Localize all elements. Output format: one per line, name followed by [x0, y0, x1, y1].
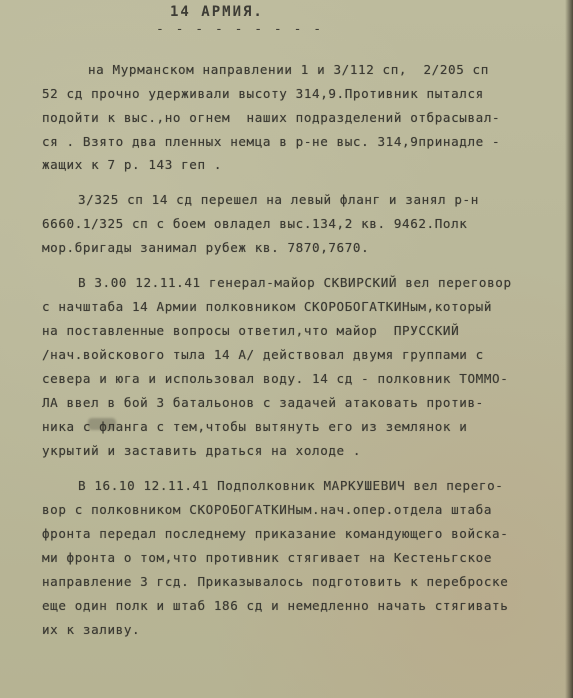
- text-line: жащих к 7 р. 143 геп .: [42, 157, 222, 172]
- title-underline: - - - - - - - - -: [156, 22, 323, 37]
- document-page: 14 АРМИЯ. - - - - - - - - - на Мурманско…: [0, 0, 573, 698]
- ink-blot: [88, 418, 116, 430]
- text-line: ми фронта о том,что противник стягивает …: [42, 550, 492, 565]
- text-line: /нач.войскового тыла 14 А/ действовал дв…: [42, 347, 484, 362]
- text-line: фронта передал последнему приказание ком…: [42, 526, 508, 541]
- text-line: с начштаба 14 Армии полковником СКОРОБОГ…: [42, 299, 492, 314]
- text-line: направление 3 гсд. Приказывалось подгото…: [42, 574, 508, 589]
- document-title: 14 АРМИЯ.: [170, 4, 264, 20]
- text-line: укрытий и заставить драться на холоде .: [42, 443, 361, 458]
- text-line: их к заливу.: [42, 622, 140, 637]
- text-line: ся . Взято два пленных немца в р-не выс.…: [42, 134, 500, 149]
- text-line: В 16.10 12.11.41 Подполковник МАРКУШЕВИЧ…: [78, 478, 503, 493]
- text-line: подойти к выс.,но огнем наших подразделе…: [42, 110, 500, 125]
- text-line: В 3.00 12.11.41 генерал-майор СКВИРСКИЙ …: [78, 275, 512, 290]
- text-line: еще один полк и штаб 186 сд и немедленно…: [42, 598, 508, 613]
- text-line: 3/325 сп 14 сд перешел на левый фланг и …: [78, 192, 479, 207]
- text-line: на поставленные вопросы ответил,что майо…: [42, 323, 459, 338]
- text-line: севера и юга и использовал воду. 14 сд -…: [42, 371, 508, 386]
- text-line: ЛА ввел в бой 3 батальонов с задачей ата…: [42, 395, 484, 410]
- text-line: на Мурманском направлении 1 и 3/112 сп, …: [88, 62, 489, 77]
- text-line: вор с полковником СКОРОБОГАТКИНым.нач.оп…: [42, 502, 492, 517]
- text-line: 6660.1/325 сп с боем овладел выс.134,2 к…: [42, 216, 467, 231]
- page-edge-shadow: [565, 0, 573, 698]
- text-line: мор.бригады занимал рубеж кв. 7870,7670.: [42, 240, 369, 255]
- text-line: 52 сд прочно удерживали высоту 314,9.Про…: [42, 86, 484, 101]
